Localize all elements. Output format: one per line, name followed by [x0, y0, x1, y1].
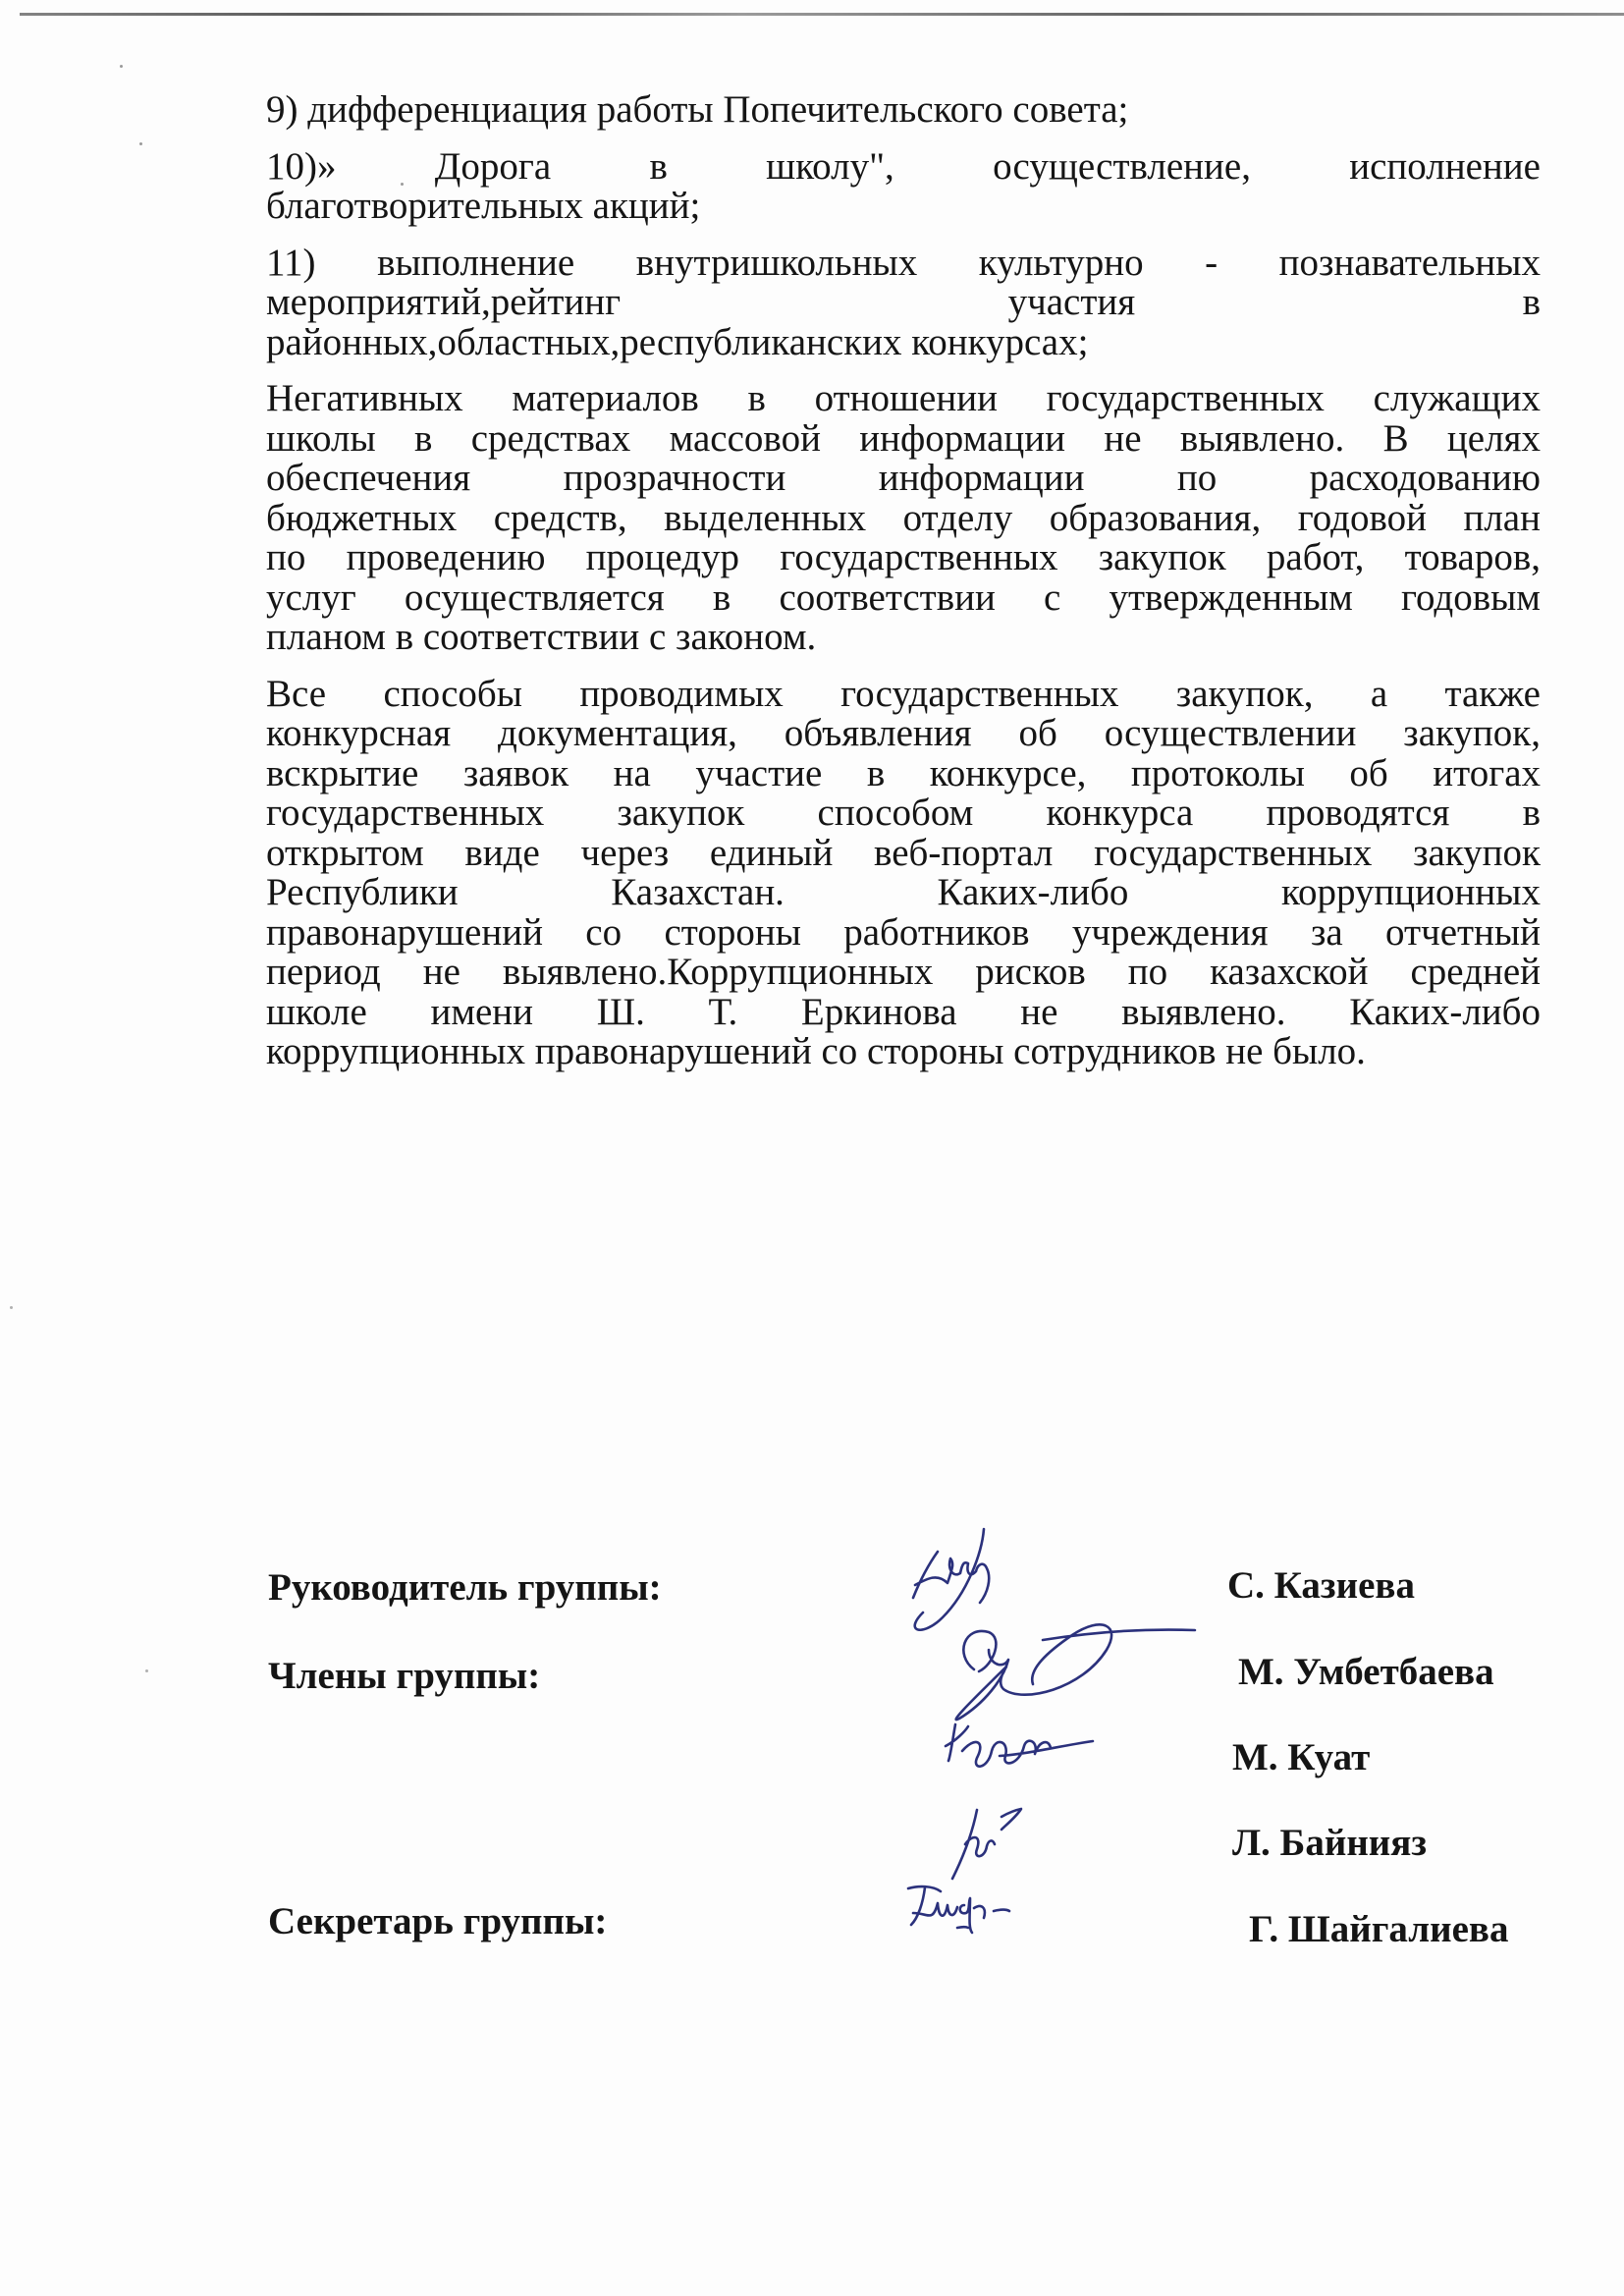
label-group-secretary: Секретарь группы: [268, 1902, 607, 1941]
text-line: Республики Казахстан. Каких-либо коррупц… [266, 873, 1541, 913]
label-group-members: Члены группы: [268, 1657, 540, 1695]
signature-member-1-icon [935, 1611, 1200, 1728]
text-line: государственных закупок способом конкурс… [266, 793, 1541, 834]
text-line: бюджетных средств, выделенных отделу обр… [266, 499, 1541, 539]
text-line: планом в соответствии с законом. [266, 618, 1541, 658]
list-item-11: 11) выполнение внутришкольных культурно … [266, 244, 1541, 363]
text-line: Все способы проводимых государственных з… [266, 675, 1541, 715]
text-line: вскрытие заявок на участие в конкурсе, п… [266, 754, 1541, 794]
text-line: 10)» Дорога в школу", осуществление, исп… [266, 147, 1541, 188]
list-item-10: 10)» Дорога в школу", осуществление, исп… [266, 147, 1541, 227]
name-member-2: М. Куат [1232, 1738, 1370, 1777]
list-item-9: 9) дифференциация работы Попечительского… [266, 90, 1541, 131]
document-body: 9) дифференциация работы Попечительского… [266, 90, 1541, 1089]
signature-member-3-icon [947, 1805, 1036, 1888]
signature-secretary-icon [903, 1884, 1051, 1947]
text-line: период не выявлено.Коррупционных рисков … [266, 953, 1541, 993]
text-line: районных,областных,республиканских конку… [266, 323, 1541, 363]
scan-speck [145, 1669, 148, 1672]
text-line: Негативных материалов в отношении госуда… [266, 379, 1541, 419]
scan-speck [10, 1306, 13, 1309]
name-member-3: Л. Байнияз [1232, 1824, 1427, 1862]
name-member-1: М. Умбетбаева [1238, 1653, 1494, 1691]
name-secretary: Г. Шайгалиева [1249, 1910, 1509, 1948]
text-line: обеспечения прозрачности информации по р… [266, 459, 1541, 499]
scan-edge-line [20, 13, 1624, 16]
paragraph-negative-materials: Негативных материалов в отношении госуда… [266, 379, 1541, 658]
scan-speck [120, 65, 123, 68]
text-line: 11) выполнение внутришкольных культурно … [266, 244, 1541, 284]
text-line: конкурсная документация, объявления об о… [266, 714, 1541, 754]
text-line: по проведению процедур государственных з… [266, 538, 1541, 578]
text-line: 9) дифференциация работы Попечительского… [266, 90, 1541, 131]
text-line: благотворительных акций; [266, 187, 1541, 227]
text-line: коррупционных правонарушений со стороны … [266, 1032, 1541, 1072]
text-line: мероприятий,рейтинг участия в [266, 283, 1541, 323]
label-group-head: Руководитель группы: [268, 1568, 662, 1607]
text-line: услуг осуществляется в соответствии с ут… [266, 578, 1541, 619]
name-head: С. Казиева [1227, 1566, 1415, 1605]
text-line: школы в средствах массовой информации не… [266, 419, 1541, 460]
text-line: открытом виде через единый веб-портал го… [266, 834, 1541, 874]
paragraph-procurement: Все способы проводимых государственных з… [266, 675, 1541, 1072]
text-line: правонарушений со стороны работников учр… [266, 913, 1541, 954]
text-line: школе имени Ш. Т. Еркинова не выявлено. … [266, 993, 1541, 1033]
signature-member-2-icon [941, 1717, 1098, 1780]
scan-speck [139, 142, 142, 145]
